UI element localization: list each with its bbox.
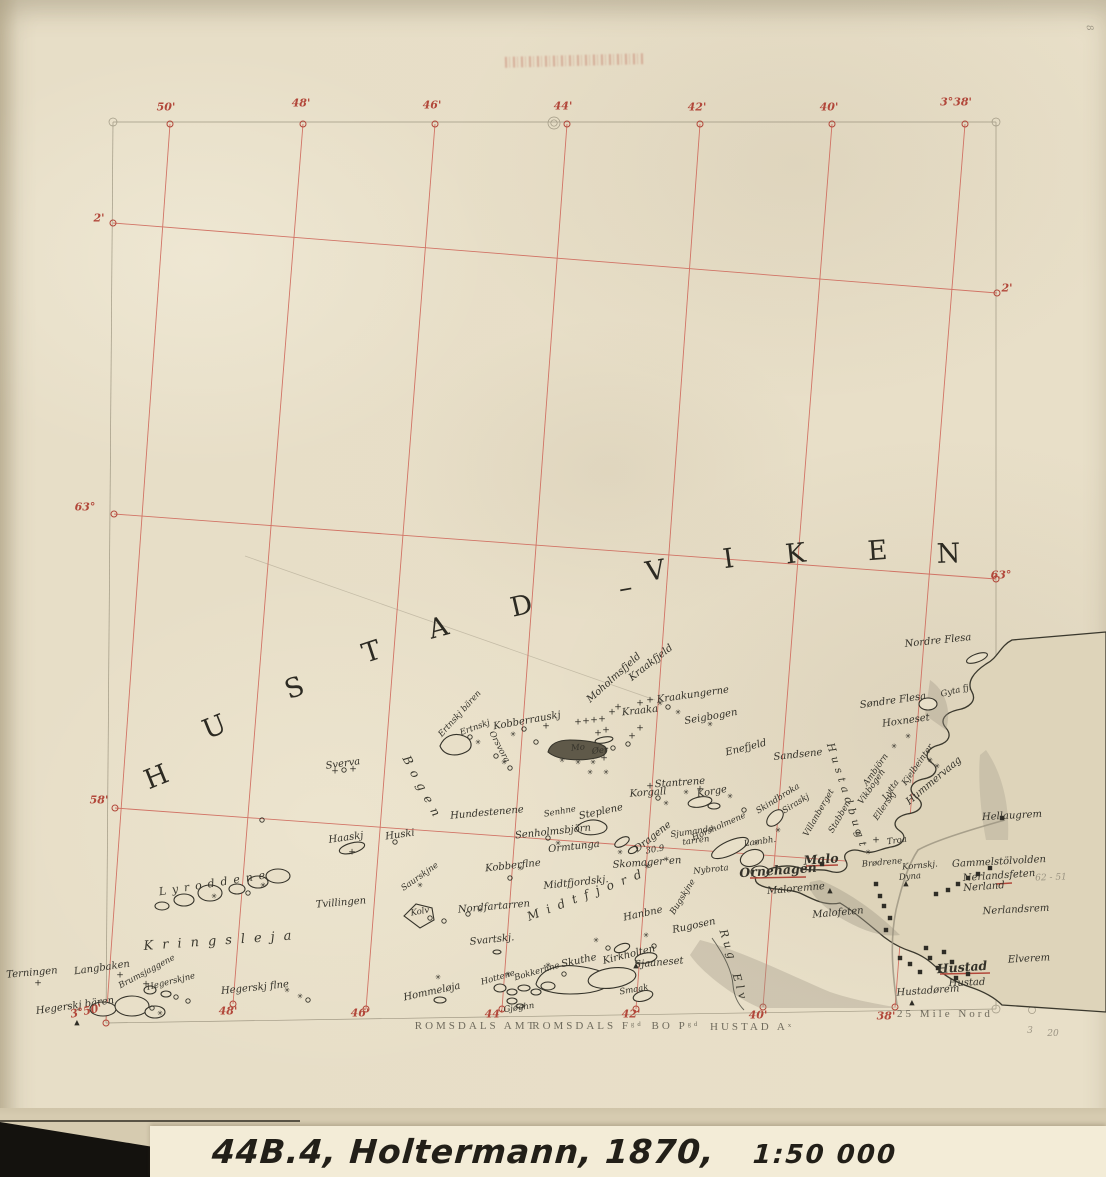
rock-asterisk-mark: ✳ [617,849,623,857]
building-mark [954,976,958,980]
building-mark [882,904,886,908]
building-mark [908,962,912,966]
cross-mark: + [636,699,644,709]
rock-asterisk-mark: ✳ [934,763,940,771]
cross-mark: + [646,696,654,706]
building-mark [928,956,932,960]
skerry-circle-mark [494,754,498,758]
rock-asterisk-mark: ✳ [593,937,599,945]
cross-mark: + [594,729,602,739]
skerry-circle-mark [742,808,746,812]
triangle-mark: ▲ [827,887,833,895]
triangle-mark: ▲ [633,962,639,970]
triangle-mark: ▲ [74,1019,80,1027]
building-mark [934,892,938,896]
skerry-circle-mark [466,912,470,916]
rock-asterisk-mark: ✳ [284,987,290,995]
rock-asterisk-mark: ✳ [753,840,759,848]
rock-asterisk-mark: ✳ [211,893,217,901]
skerry-circle-mark [442,919,446,923]
rock-asterisk-mark: ✳ [297,993,303,1001]
building-mark [1000,816,1004,820]
rock-asterisk-mark: ✳ [643,932,649,940]
rock-asterisk-mark: ✳ [477,907,483,915]
building-mark [966,972,970,976]
rock-asterisk-mark: ✳ [905,733,911,741]
building-mark [976,872,980,876]
cross-mark: + [646,782,654,792]
building-mark [950,960,954,964]
rock-asterisk-mark: ✳ [927,757,933,765]
skerry-circle-mark [508,766,512,770]
skerry-circle-mark [656,796,660,800]
rock-asterisk-mark: ✳ [417,882,423,890]
skerry-circle-mark [666,705,670,709]
cross-mark: + [116,971,124,981]
building-mark [946,888,950,892]
rock-asterisk-mark: ✳ [157,1010,163,1018]
cross-mark: + [614,703,622,713]
building-mark [942,950,946,954]
rock-asterisk-mark: ✳ [644,863,650,871]
triangle-mark: ▲ [909,999,915,1007]
rock-asterisk-mark: ✳ [587,769,593,777]
rock-asterisk-mark: ✳ [707,721,713,729]
cross-mark: + [600,754,608,764]
rock-asterisk-mark: ✳ [510,731,516,739]
rock-asterisk-mark: ✳ [260,882,266,890]
cross-mark: + [34,979,42,989]
building-mark [820,862,824,866]
rock-asterisk-mark: ✳ [775,827,781,835]
cross-mark: + [872,836,880,846]
rock-asterisk-mark: ✳ [545,962,551,970]
cross-mark: + [598,715,606,725]
caption-text: 44B.4, Holtermann, 1870, 1:50 000 [211,1132,899,1171]
building-mark [898,956,902,960]
cross-mark: + [331,767,339,777]
skerry-circle-mark [393,840,397,844]
caption-sheet: 44B.4, [211,1132,339,1171]
rock-asterisk-mark: ✳ [865,849,871,857]
building-mark [924,946,928,950]
building-mark [874,882,878,886]
skerry-circle-mark [342,768,346,772]
paper-edge-line [0,1120,300,1122]
map-sheet: ++++++++++✳✳++✳✳✳+✳+✳✳+✳✳✳✳✳✳✳✳+++✳✳✳✳✳✳… [0,0,1106,1177]
rock-asterisk-mark: ✳ [475,739,481,747]
rock-asterisk-mark: ✳ [657,700,663,708]
map-graphics: ++++++++++✳✳++✳✳✳+✳+✳✳+✳✳✳✳✳✳✳✳+++✳✳✳✳✳✳… [0,0,1106,1177]
rock-asterisk-mark: ✳ [501,759,507,767]
rock-asterisk-mark: ✳ [575,759,581,767]
skerry-circle-mark [186,999,190,1003]
building-mark [888,916,892,920]
caption-card: 44B.4, Holtermann, 1870, 1:50 000 [150,1126,1106,1177]
cross-mark: + [574,718,582,728]
rock-asterisk-mark: ✳ [727,793,733,801]
cross-mark: + [348,848,356,858]
rock-asterisk-mark: ✳ [590,759,596,767]
rock-asterisk-mark: ✳ [559,757,565,765]
skerry-circle-mark [174,995,178,999]
building-mark [966,876,970,880]
skerry-circle-mark [306,998,310,1002]
skerry-circle-mark [246,891,250,895]
rock-asterisk-mark: ✳ [891,743,897,751]
rock-asterisk-mark: ✳ [555,840,561,848]
caption-scale: 1:50 000 [752,1140,898,1170]
skerry-circle-mark [606,946,610,950]
cross-mark: + [628,732,636,742]
pencil-line [245,556,655,700]
rock-asterisk-mark: ✳ [517,865,523,873]
rock-asterisk-mark: ✳ [603,769,609,777]
cross-mark: + [636,724,644,734]
skerry-circle-mark [856,830,860,834]
skerry-circle-mark [534,740,538,744]
building-mark [956,882,960,886]
skerry-circle-mark [626,742,630,746]
cross-mark: + [582,717,590,727]
building-mark [918,970,922,974]
cross-mark: + [542,722,550,732]
skerry-circle-mark [611,746,615,750]
rock-asterisk-mark: ✳ [663,800,669,808]
cross-mark: + [590,716,598,726]
cross-mark: + [349,765,357,775]
caption-year: 1870, [604,1132,716,1171]
photo-backing [0,1122,152,1177]
skerry-circle-mark [652,944,656,948]
building-mark [884,928,888,932]
islands [90,650,989,1018]
caption-author: Holtermann, [348,1132,594,1171]
rock-asterisk-mark: ✳ [435,974,441,982]
rock-asterisk-mark: ✳ [675,709,681,717]
building-mark [988,866,992,870]
cross-mark: + [142,980,150,990]
rock-asterisk-mark: ✳ [505,971,511,979]
rock-asterisk-mark: ✳ [683,789,689,797]
caption-zone: 44B.4, Holtermann, 1870, 1:50 000 [0,1108,1106,1177]
triangle-mark: ▲ [903,880,909,888]
building-mark [878,894,882,898]
cross-mark: + [602,726,610,736]
cross-mark: + [696,785,704,795]
skerry-circle-mark [468,735,472,739]
building-mark [936,966,940,970]
